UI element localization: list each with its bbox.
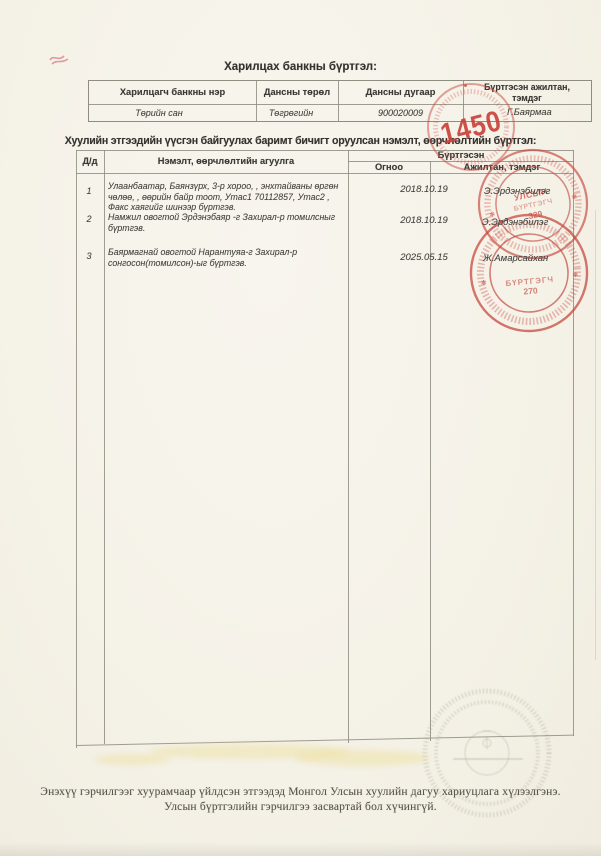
- bank-name-header: Харилцагч банкны нэр: [89, 81, 256, 104]
- footer-warning-line2: Улсын бүртгэлийн гэрчилгээ засвартай бол…: [0, 801, 601, 813]
- star-separator: ✱: [480, 279, 487, 287]
- date-col-line: [430, 161, 431, 741]
- no-header: Д/д: [76, 150, 104, 173]
- row-3-no: 3: [76, 250, 102, 261]
- faint-seal-stamp: [421, 687, 553, 819]
- row-3-officer: Ж.Амарсайхан: [483, 253, 548, 264]
- registrar-stamp-270: БҮРТГЭГЧ 270 ✱ ✱: [468, 212, 590, 334]
- scanned-registration-certificate: Харилцах банкны бүртгэл: Хуулийн этгээди…: [0, 0, 601, 856]
- row-1-date: 2018.10.19: [376, 184, 472, 195]
- no-col-line: [104, 150, 105, 744]
- row-1-officer: Э.Эрдэнэбилэг: [484, 186, 550, 197]
- row-1-no: 1: [76, 185, 102, 196]
- account-type-value: Төгрөгийн: [256, 104, 326, 121]
- bank-section-title: Харилцах банкны бүртгэл:: [0, 61, 601, 73]
- row-2-content: Намжил овогтой Эрдэнэбаяр -г Захирал-р т…: [108, 212, 346, 233]
- scan-bottom-shadow: [0, 842, 601, 856]
- star-separator: ✱: [572, 271, 579, 279]
- watermark-blob: [295, 750, 430, 766]
- receipt-number: 1450: [437, 104, 505, 151]
- date-header: Огноо: [348, 161, 430, 173]
- star-separator: ✱: [571, 193, 579, 202]
- row-3-date: 2025.05.15: [376, 252, 472, 263]
- row-1-content: Улаанбаатар, Баянзүрх, 3-р хороо, , энхт…: [108, 181, 346, 213]
- row-2-officer: Э.Эрдэнэбилэг: [482, 217, 548, 228]
- scan-film-edge: [595, 210, 596, 660]
- account-type-header: Дансны төрөл: [256, 81, 338, 104]
- amendment-left-border: [76, 150, 77, 748]
- row-2-date: 2018.10.19: [376, 215, 472, 226]
- watermark-blob: [95, 754, 170, 765]
- row-2-no: 2: [76, 213, 102, 224]
- row-3-content: Баярмагнай овогтой Нарантуяа-г Захирал-р…: [108, 247, 344, 268]
- stamp-number: 270: [523, 285, 538, 296]
- bank-name-value: Төрийн сан: [89, 104, 229, 121]
- content-col-line: [348, 150, 349, 743]
- footer-warning-line1: Энэхүү гэрчилгээг хуурамчаар үйлдсэн этг…: [0, 786, 601, 798]
- stamp-text-ring: [476, 220, 583, 327]
- content-header: Нэмэлт, өөрчлөлтийн агуулга: [104, 150, 348, 173]
- stamp-inner-ring: [486, 230, 572, 316]
